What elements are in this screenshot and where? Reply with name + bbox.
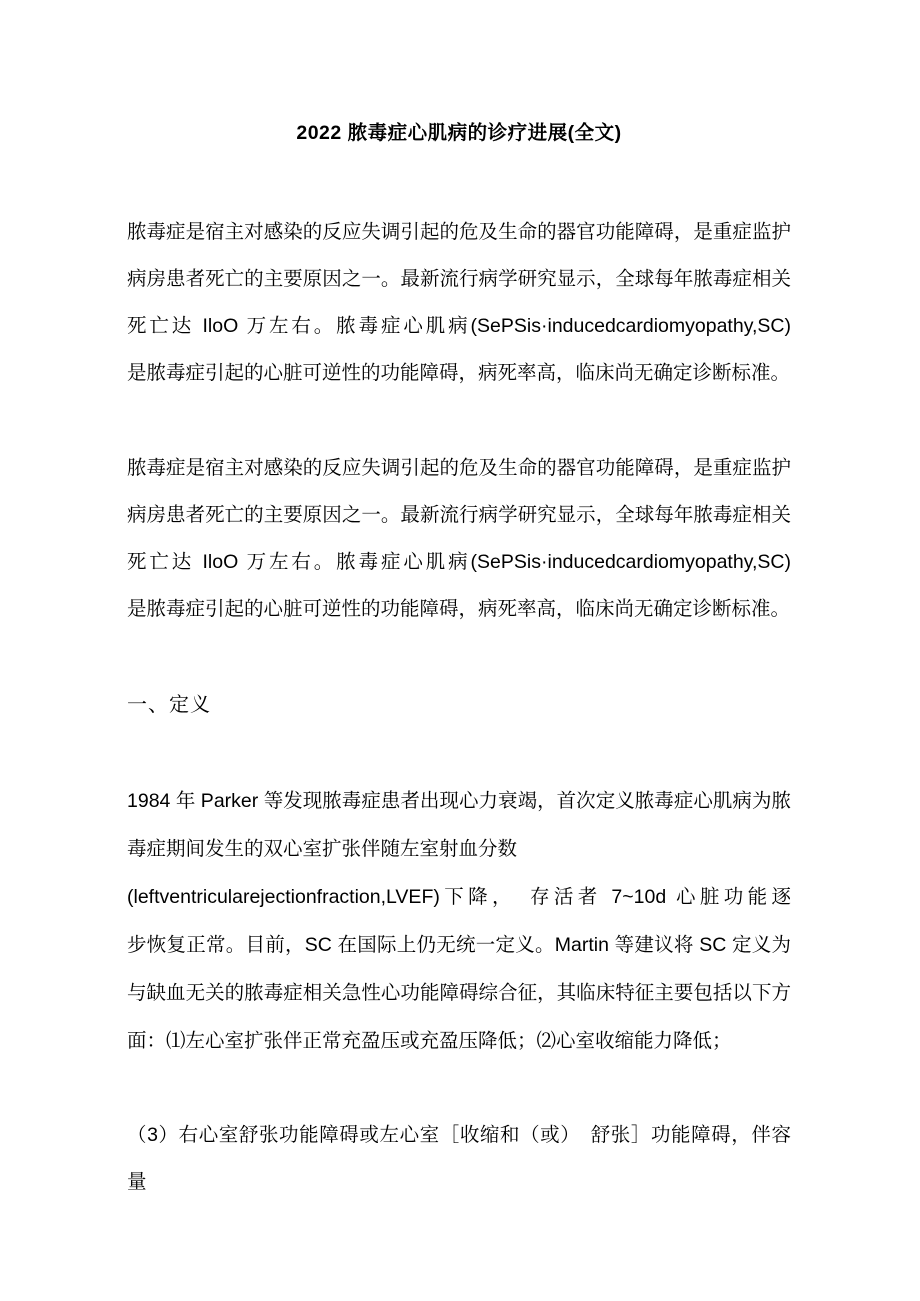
paragraph-line: （3）右心室舒张功能障碍或左心室［收缩和（或） 舒张］功能障碍，伴容量 <box>127 1112 791 1206</box>
paragraph-line: 病房患者死亡的主要原因之一。最新流行病学研究显示，全球每年脓毒症相关 <box>127 492 791 539</box>
paragraph-line: 步恢复正常。目前，SC 在国际上仍无统一定义。Martin 等建议将 SC 定义… <box>127 921 791 969</box>
paragraph-line: (leftventricularejectionfraction,LVEF)下降… <box>127 873 791 921</box>
paragraph-2: 脓毒症是宿主对感染的反应失调引起的危及生命的器官功能障碍，是重症监护 病房患者死… <box>127 445 791 633</box>
paragraph-line: 面：⑴左心室扩张伴正常充盈压或充盈压降低；⑵心室收缩能力降低； <box>127 1017 791 1065</box>
document-title: 2022 脓毒症心肌病的诊疗进展(全文) <box>127 0 791 157</box>
section-heading-definition: 一、定义 <box>127 682 791 729</box>
paragraph-line: 与缺血无关的脓毒症相关急性心功能障碍综合征，其临床特征主要包括以下方 <box>127 969 791 1017</box>
paragraph-line: 1984 年 Parker 等发现脓毒症患者出现心力衰竭，首次定义脓毒症心肌病为… <box>127 777 791 825</box>
paragraph-line: 死亡达 IloO 万左右。脓毒症心肌病(SePSis·inducedcardio… <box>127 539 791 586</box>
paragraph-line: 毒症期间发生的双心室扩张伴随左室射血分数 <box>127 825 791 873</box>
paragraph-line: 死亡达 IloO 万左右。脓毒症心肌病(SePSis·inducedcardio… <box>127 303 791 350</box>
paragraph-4: （3）右心室舒张功能障碍或左心室［收缩和（或） 舒张］功能障碍，伴容量 <box>127 1112 791 1206</box>
paragraph-line: 是脓毒症引起的心脏可逆性的功能障碍，病死率高，临床尚无确定诊断标准。 <box>127 586 791 633</box>
document-content: 2022 脓毒症心肌病的诊疗进展(全文) 脓毒症是宿主对感染的反应失调引起的危及… <box>127 0 791 1206</box>
paragraph-3: 1984 年 Parker 等发现脓毒症患者出现心力衰竭，首次定义脓毒症心肌病为… <box>127 777 791 1065</box>
paragraph-line: 脓毒症是宿主对感染的反应失调引起的危及生命的器官功能障碍，是重症监护 <box>127 445 791 492</box>
paragraph-line: 是脓毒症引起的心脏可逆性的功能障碍，病死率高，临床尚无确定诊断标准。 <box>127 350 791 397</box>
document-page: 2022 脓毒症心肌病的诊疗进展(全文) 脓毒症是宿主对感染的反应失调引起的危及… <box>0 0 920 1301</box>
paragraph-line: 脓毒症是宿主对感染的反应失调引起的危及生命的器官功能障碍，是重症监护 <box>127 209 791 256</box>
paragraph-1: 脓毒症是宿主对感染的反应失调引起的危及生命的器官功能障碍，是重症监护 病房患者死… <box>127 209 791 397</box>
paragraph-line: 病房患者死亡的主要原因之一。最新流行病学研究显示，全球每年脓毒症相关 <box>127 256 791 303</box>
